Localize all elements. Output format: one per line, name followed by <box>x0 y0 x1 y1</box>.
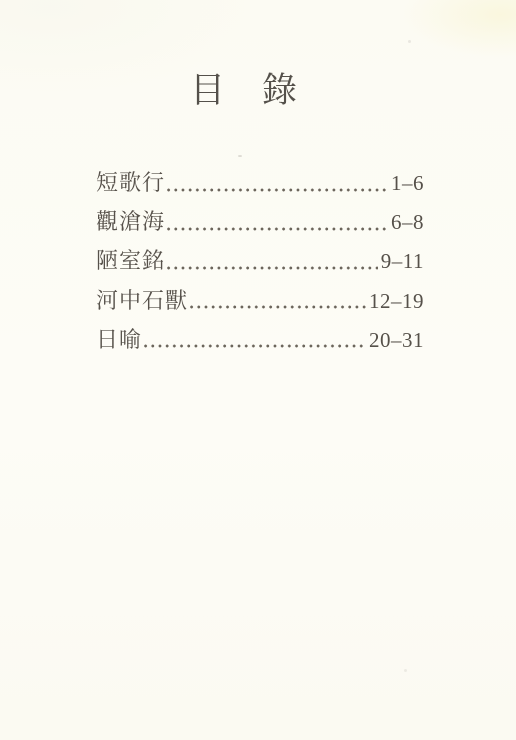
scan-speck <box>404 669 407 672</box>
toc-entry-pages: 12–19 <box>369 289 424 314</box>
toc-entry-pages: 6–8 <box>391 210 424 235</box>
page-title: 目 錄 <box>0 63 502 113</box>
dot-leader <box>167 187 388 193</box>
toc-entry-pages: 20–31 <box>369 328 424 353</box>
dot-leader <box>144 343 366 349</box>
scanned-book-page: 目 錄 短歌行 1–6 觀滄海 6–8 陋室銘 9–11 河中石獸 12–19 … <box>0 0 516 740</box>
toc-entry-pages: 1–6 <box>391 171 424 196</box>
toc-entry-title: 河中石獸 <box>96 284 188 315</box>
toc-entry: 日喻 20–31 <box>96 323 424 362</box>
toc-entry-title: 短歌行 <box>96 166 165 197</box>
toc-entry: 河中石獸 12–19 <box>96 284 424 323</box>
toc-entry-pages: 9–11 <box>381 249 424 274</box>
toc-entry: 陋室銘 9–11 <box>96 244 424 283</box>
dot-leader <box>190 304 366 310</box>
toc-entry-title: 觀滄海 <box>96 205 165 236</box>
toc-entry-title: 陋室銘 <box>96 244 165 275</box>
table-of-contents: 短歌行 1–6 觀滄海 6–8 陋室銘 9–11 河中石獸 12–19 日喻 2… <box>96 166 424 362</box>
dot-leader <box>167 265 378 271</box>
scan-speck <box>408 40 411 43</box>
toc-entry-title: 日喻 <box>96 323 142 354</box>
scan-speck <box>238 155 242 157</box>
toc-entry: 觀滄海 6–8 <box>96 205 424 244</box>
dot-leader <box>167 226 388 232</box>
toc-entry: 短歌行 1–6 <box>96 166 424 205</box>
